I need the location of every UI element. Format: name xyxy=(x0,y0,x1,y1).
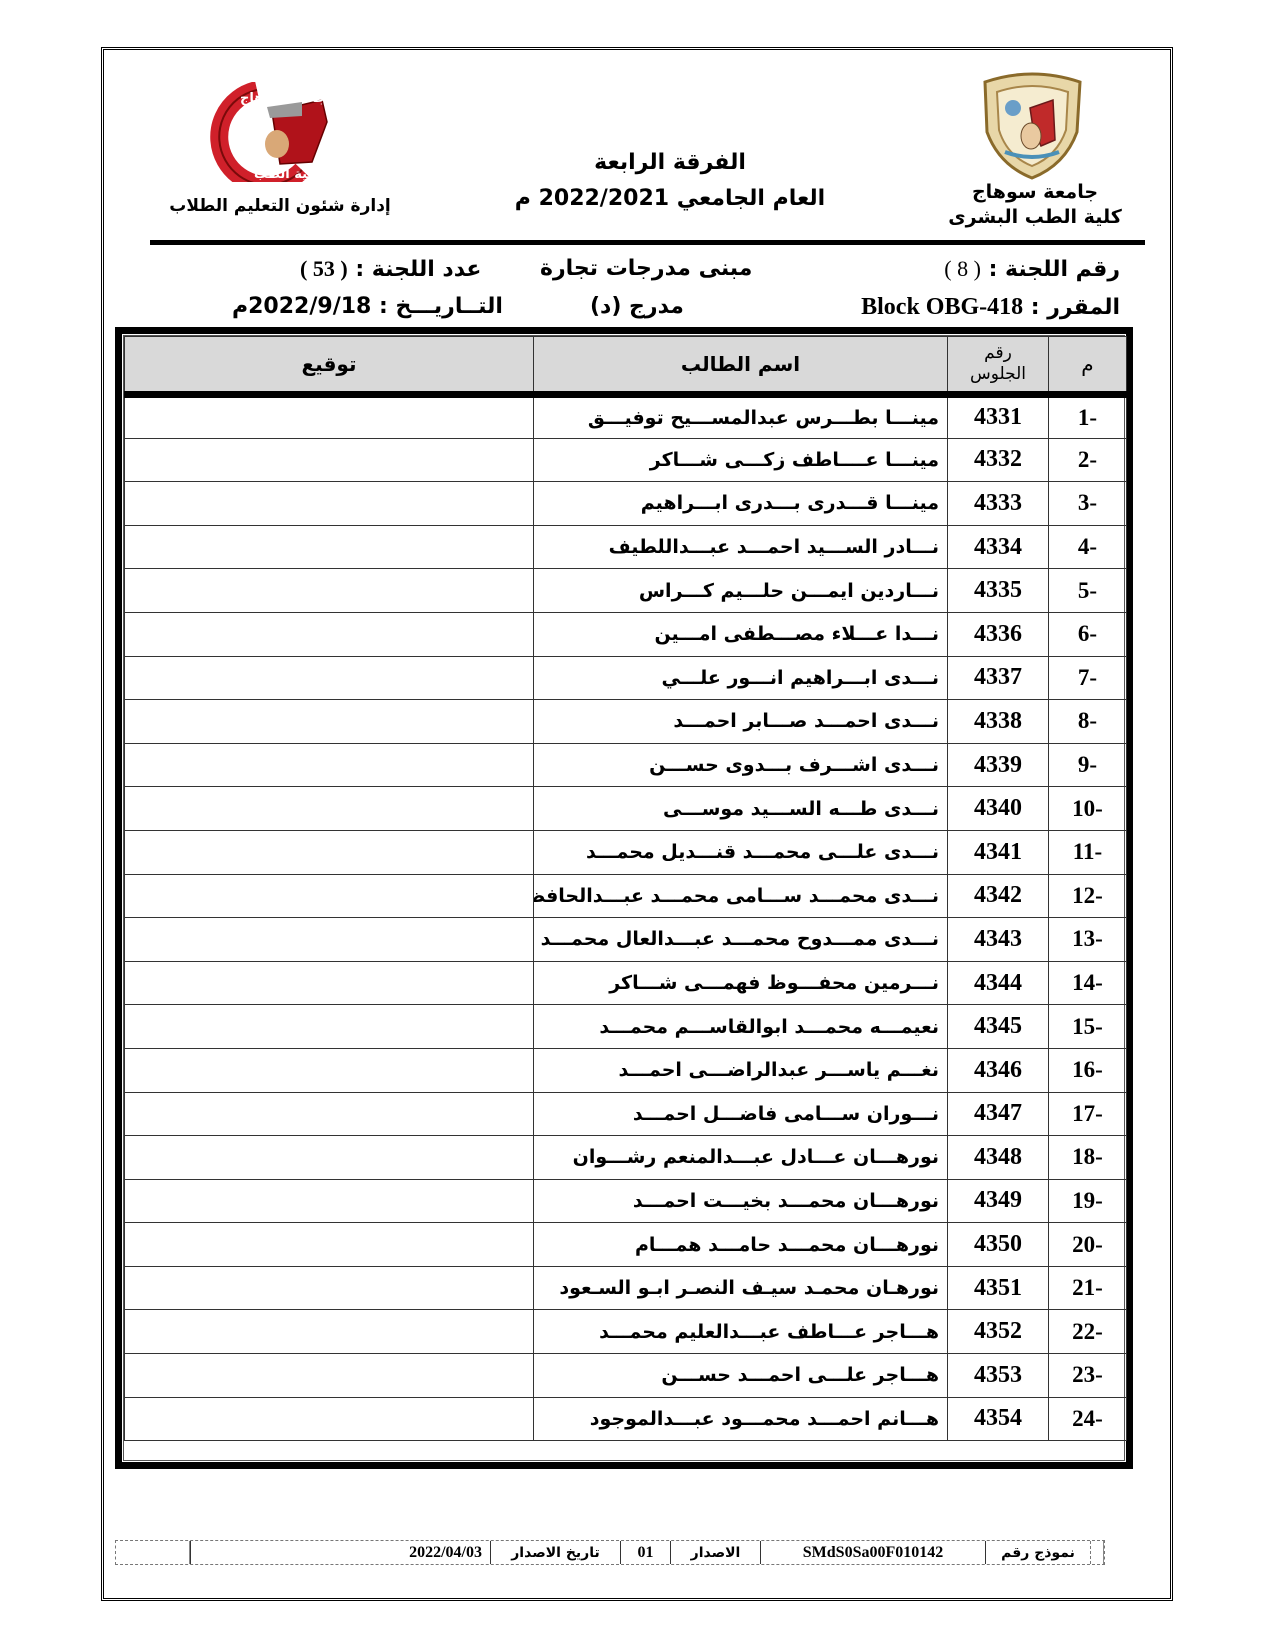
seat-number: 4337 xyxy=(948,656,1049,700)
table-row: 19-4349نورهـــان محمـــد بخيـــت احمـــد xyxy=(125,1179,1127,1223)
seat-number: 4350 xyxy=(948,1223,1049,1267)
table-row: 23-4353هـــاجر علـــى احمـــد حســـن xyxy=(125,1354,1127,1398)
table-row: 18-4348نورهـــان عـــادل عبـــدالمنعم رش… xyxy=(125,1136,1127,1180)
table-row: 6-4336نـــدا عـــلاء مصـــطفى امـــين xyxy=(125,612,1127,656)
table-row: 15-4345نعيمـــه محمـــد ابوالقاســـم محم… xyxy=(125,1005,1127,1049)
building-name: مبنى مدرجات تجارة xyxy=(540,256,752,281)
seat-number: 4333 xyxy=(948,482,1049,526)
signature-cell[interactable] xyxy=(125,1354,534,1398)
student-name: نغـــم ياســـر عبدالراضـــى احمـــد xyxy=(534,1048,948,1092)
signature-cell[interactable] xyxy=(125,1179,534,1223)
seat-number: 4351 xyxy=(948,1266,1049,1310)
student-name: هـــانم احمـــد محمـــود عبـــدالموجود xyxy=(534,1397,948,1441)
row-index: 4- xyxy=(1049,525,1127,569)
signature-cell[interactable] xyxy=(125,1048,534,1092)
committee-number-value: ( 8 ) xyxy=(944,256,981,281)
university-faculty-label: جامعة سوهاج كلية الطب البشرى xyxy=(930,180,1140,230)
column-header-student-name: اسم الطالب xyxy=(534,337,948,395)
signature-cell[interactable] xyxy=(125,612,534,656)
sohag-university-crest-icon xyxy=(975,70,1090,180)
table-row: 22-4352هـــاجر عـــاطف عبـــدالعليم محمـ… xyxy=(125,1310,1127,1354)
student-name: نـــدى طـــه الســـيد موســـى xyxy=(534,787,948,831)
row-index: 16- xyxy=(1049,1048,1127,1092)
student-name: نـــرمين محفـــوظ فهمـــى شـــاكر xyxy=(534,961,948,1005)
table-row: 4-4334نـــادر الســـيد احمـــد عبـــدالل… xyxy=(125,525,1127,569)
faculty-of-medicine-logo-icon: جامعة سوهاج كلية الطب xyxy=(162,82,347,182)
signature-cell[interactable] xyxy=(125,743,534,787)
faculty-name: كلية الطب البشرى xyxy=(930,205,1140,230)
date-value: 2022/9/18م xyxy=(232,294,371,319)
row-index: 13- xyxy=(1049,918,1127,962)
row-index: 11- xyxy=(1049,830,1127,874)
footer-spacer xyxy=(1090,1541,1104,1564)
seat-number: 4349 xyxy=(948,1179,1049,1223)
signature-cell[interactable] xyxy=(125,874,534,918)
signature-cell[interactable] xyxy=(125,1005,534,1049)
row-index: 2- xyxy=(1049,438,1127,482)
table-row: 10-4340نـــدى طـــه الســـيد موســـى xyxy=(125,787,1127,831)
seat-number: 4331 xyxy=(948,395,1049,439)
signature-cell[interactable] xyxy=(125,569,534,613)
row-index: 9- xyxy=(1049,743,1127,787)
seat-number: 4352 xyxy=(948,1310,1049,1354)
form-number-label: نموذج رقم xyxy=(985,1541,1090,1564)
table-row: 17-4347نـــوران ســـامى فاضـــل احمـــد xyxy=(125,1092,1127,1136)
seat-number: 4344 xyxy=(948,961,1049,1005)
seat-number: 4345 xyxy=(948,1005,1049,1049)
academic-year: العام الجامعي 2022/2021 م xyxy=(470,181,870,217)
signature-cell[interactable] xyxy=(125,1223,534,1267)
document-title: الفرقة الرابعة العام الجامعي 2022/2021 م xyxy=(470,145,870,217)
seat-number: 4353 xyxy=(948,1354,1049,1398)
table-row: 11-4341نـــدى علـــى محمـــد قنـــديل مح… xyxy=(125,830,1127,874)
row-index: 8- xyxy=(1049,700,1127,744)
table-row: 13-4343نـــدى ممـــدوح محمـــد عبـــدالع… xyxy=(125,918,1127,962)
student-name: نـــدى ممـــدوح محمـــد عبـــدالعال محمـ… xyxy=(534,918,948,962)
student-table-frame: م رقم الجلوس اسم الطالب توقيع 1-4331مينـ… xyxy=(115,327,1133,1469)
exam-date: التــاريـــخ : 2022/9/18م xyxy=(232,294,503,319)
seat-number: 4335 xyxy=(948,569,1049,613)
signature-cell[interactable] xyxy=(125,961,534,1005)
student-name: نـــدى علـــى محمـــد قنـــديل محمـــد xyxy=(534,830,948,874)
seat-number: 4343 xyxy=(948,918,1049,962)
committee-count-label: عدد اللجنة : xyxy=(355,257,481,282)
row-index: 15- xyxy=(1049,1005,1127,1049)
column-header-signature: توقيع xyxy=(125,337,534,395)
table-row: 12-4342نـــدى محمـــد ســـامى محمـــد عب… xyxy=(125,874,1127,918)
student-name: مينـــا عــــاطف زكـــى شـــاكر xyxy=(534,438,948,482)
table-row: 1-4331مينـــا بطـــرس عبدالمســـيح توفيـ… xyxy=(125,395,1127,439)
version-label: الاصدار xyxy=(670,1541,760,1564)
student-name: نعيمـــه محمـــد ابوالقاســـم محمـــد xyxy=(534,1005,948,1049)
svg-text:جامعة سوهاج: جامعة سوهاج xyxy=(240,91,326,106)
date-label: التــاريـــخ : xyxy=(379,294,503,319)
signature-cell[interactable] xyxy=(125,1397,534,1441)
course-label: المقرر : xyxy=(1031,295,1120,320)
seat-number: 4340 xyxy=(948,787,1049,831)
signature-cell[interactable] xyxy=(125,438,534,482)
seat-header-line1: رقم xyxy=(948,343,1048,364)
signature-cell[interactable] xyxy=(125,525,534,569)
student-name: نـــدا عـــلاء مصـــطفى امـــين xyxy=(534,612,948,656)
row-index: 23- xyxy=(1049,1354,1127,1398)
column-header-seat-number: رقم الجلوس xyxy=(948,337,1049,395)
seat-number: 4338 xyxy=(948,700,1049,744)
table-row: 8-4338نـــدى احمـــد صـــابر احمـــد xyxy=(125,700,1127,744)
hall-name: مدرج (د) xyxy=(590,294,684,319)
footer-spacer-end xyxy=(116,1541,190,1564)
course: المقرر : Block OBG-418 xyxy=(861,294,1120,321)
signature-cell[interactable] xyxy=(125,1310,534,1354)
table-row: 14-4344نـــرمين محفـــوظ فهمـــى شـــاكر xyxy=(125,961,1127,1005)
signature-cell[interactable] xyxy=(125,1136,534,1180)
seat-number: 4341 xyxy=(948,830,1049,874)
committee-count-value: ( 53 ) xyxy=(300,256,348,281)
table-row: 20-4350نورهـــان محمـــد حامـــد همـــام xyxy=(125,1223,1127,1267)
seat-number: 4346 xyxy=(948,1048,1049,1092)
seat-number: 4334 xyxy=(948,525,1049,569)
table-row: 2-4332مينـــا عــــاطف زكـــى شـــاكر xyxy=(125,438,1127,482)
signature-cell[interactable] xyxy=(125,656,534,700)
student-name: نورهـــان محمـــد حامـــد همـــام xyxy=(534,1223,948,1267)
signature-cell[interactable] xyxy=(125,787,534,831)
student-name: نـــدى اشـــرف بـــدوى حســـن xyxy=(534,743,948,787)
committee-count: عدد اللجنة : ( 53 ) xyxy=(300,256,481,282)
seat-number: 4336 xyxy=(948,612,1049,656)
seat-number: 4347 xyxy=(948,1092,1049,1136)
seat-number: 4332 xyxy=(948,438,1049,482)
table-row: 7-4337نـــدى ابـــراهيم انـــور علـــي xyxy=(125,656,1127,700)
form-number: SMdS0Sa00F010142 xyxy=(760,1541,985,1564)
row-index: 19- xyxy=(1049,1179,1127,1223)
student-name: هـــاجر علـــى احمـــد حســـن xyxy=(534,1354,948,1398)
course-value: Block OBG-418 xyxy=(861,294,1023,320)
seat-number: 4342 xyxy=(948,874,1049,918)
student-name: نـــدى ابـــراهيم انـــور علـــي xyxy=(534,656,948,700)
table-row: 16-4346نغـــم ياســـر عبدالراضـــى احمــ… xyxy=(125,1048,1127,1092)
row-index: 20- xyxy=(1049,1223,1127,1267)
student-name: نـــادر الســـيد احمـــد عبـــداللطيف xyxy=(534,525,948,569)
committee-number-label: رقم اللجنة : xyxy=(989,257,1120,282)
row-index: 24- xyxy=(1049,1397,1127,1441)
table-row: 3-4333مينـــا قـــدرى بـــدرى ابـــراهيم xyxy=(125,482,1127,526)
header-divider xyxy=(150,240,1145,245)
row-index: 5- xyxy=(1049,569,1127,613)
signature-cell[interactable] xyxy=(125,482,534,526)
row-index: 17- xyxy=(1049,1092,1127,1136)
table-header-row: م رقم الجلوس اسم الطالب توقيع xyxy=(125,337,1127,395)
signature-cell[interactable] xyxy=(125,1266,534,1310)
table-row: 21-4351نورهـان محمـد سيـف النصـر ابـو ال… xyxy=(125,1266,1127,1310)
row-index: 22- xyxy=(1049,1310,1127,1354)
student-name: نورهـــان عـــادل عبـــدالمنعم رشـــوان xyxy=(534,1136,948,1180)
signature-cell[interactable] xyxy=(125,700,534,744)
signature-cell[interactable] xyxy=(125,918,534,962)
seat-number: 4348 xyxy=(948,1136,1049,1180)
version: 01 xyxy=(620,1541,670,1564)
student-name: مينـــا قـــدرى بـــدرى ابـــراهيم xyxy=(534,482,948,526)
table-row: 9-4339نـــدى اشـــرف بـــدوى حســـن xyxy=(125,743,1127,787)
year-level: الفرقة الرابعة xyxy=(470,145,870,181)
student-name: نورهـان محمـد سيـف النصـر ابـو السـعود xyxy=(534,1266,948,1310)
row-index: 10- xyxy=(1049,787,1127,831)
table-row: 24-4354هـــانم احمـــد محمـــود عبـــدال… xyxy=(125,1397,1127,1441)
student-name: نـــاردين ايمـــن حلـــيم كـــراس xyxy=(534,569,948,613)
row-index: 12- xyxy=(1049,874,1127,918)
row-index: 21- xyxy=(1049,1266,1127,1310)
issue-date-label: تاريخ الاصدار xyxy=(490,1541,620,1564)
signature-cell[interactable] xyxy=(125,830,534,874)
column-header-index: م xyxy=(1049,337,1127,395)
student-name: نورهـــان محمـــد بخيـــت احمـــد xyxy=(534,1179,948,1223)
signature-cell[interactable] xyxy=(125,395,534,439)
row-index: 14- xyxy=(1049,961,1127,1005)
student-name: مينـــا بطـــرس عبدالمســـيح توفيـــق xyxy=(534,395,948,439)
table-row: 5-4335نـــاردين ايمـــن حلـــيم كـــراس xyxy=(125,569,1127,613)
student-name: هـــاجر عـــاطف عبـــدالعليم محمـــد xyxy=(534,1310,948,1354)
department-name: إدارة شئون التعليم الطلاب xyxy=(165,196,395,216)
signature-cell[interactable] xyxy=(125,1092,534,1136)
seat-number: 4354 xyxy=(948,1397,1049,1441)
student-name: نـــدى محمـــد ســـامى محمـــد عبـــدالح… xyxy=(534,874,948,918)
form-footer: نموذج رقم SMdS0Sa00F010142 الاصدار 01 تا… xyxy=(115,1540,1105,1565)
committee-number: رقم اللجنة : ( 8 ) xyxy=(944,256,1120,282)
row-index: 3- xyxy=(1049,482,1127,526)
row-index: 1- xyxy=(1049,395,1127,439)
student-name: نـــوران ســـامى فاضـــل احمـــد xyxy=(534,1092,948,1136)
university-name: جامعة سوهاج xyxy=(930,180,1140,205)
row-index: 7- xyxy=(1049,656,1127,700)
row-index: 18- xyxy=(1049,1136,1127,1180)
svg-text:كلية الطب: كلية الطب xyxy=(254,167,321,182)
seat-header-line2: الجلوس xyxy=(948,364,1048,385)
seat-number: 4339 xyxy=(948,743,1049,787)
row-index: 6- xyxy=(1049,612,1127,656)
student-name: نـــدى احمـــد صـــابر احمـــد xyxy=(534,700,948,744)
student-attendance-table: م رقم الجلوس اسم الطالب توقيع 1-4331مينـ… xyxy=(124,336,1127,1441)
issue-date: 2022/04/03 xyxy=(190,1541,490,1564)
